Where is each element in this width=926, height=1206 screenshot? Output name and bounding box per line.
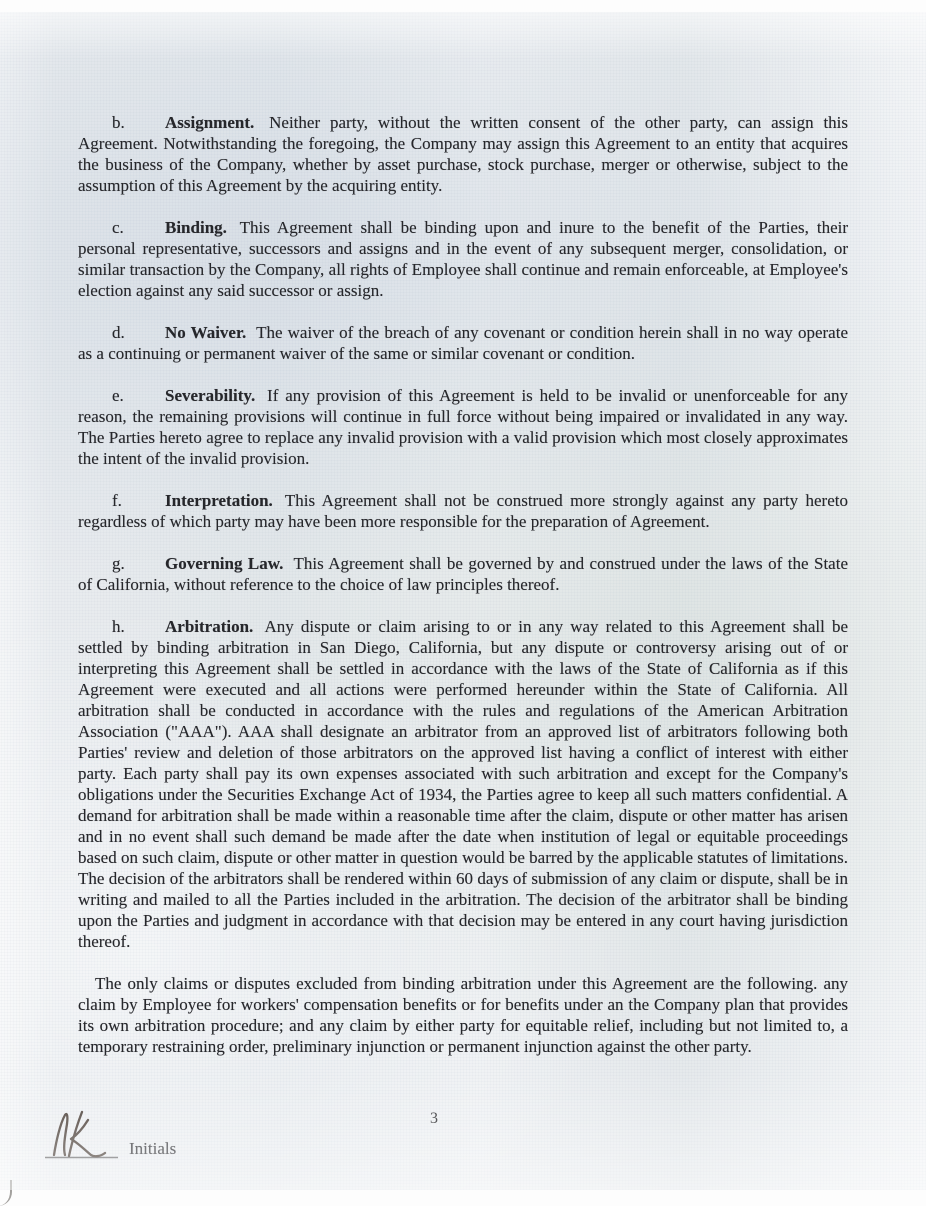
document-body: b.Assignment. Neither party, without the… bbox=[78, 112, 848, 1057]
section-title: Arbitration. bbox=[165, 617, 253, 636]
section-letter: g. bbox=[112, 553, 165, 574]
section-title: Assignment. bbox=[165, 113, 254, 132]
page-number: 3 bbox=[430, 1110, 438, 1128]
section-letter: b. bbox=[112, 112, 165, 133]
section-letter: c. bbox=[112, 217, 165, 238]
paragraph-arbitration: h.Arbitration. Any dispute or claim aris… bbox=[78, 616, 848, 952]
handwritten-initials-signature bbox=[44, 1108, 124, 1162]
section-title: Binding. bbox=[165, 218, 227, 237]
closing-body: The only claims or disputes excluded fro… bbox=[78, 974, 848, 1056]
section-letter: e. bbox=[112, 385, 165, 406]
paragraph-assignment: b.Assignment. Neither party, without the… bbox=[78, 112, 848, 196]
initials-block: Initials bbox=[44, 1108, 176, 1162]
paragraph-binding: c.Binding. This Agreement shall be bindi… bbox=[78, 217, 848, 301]
section-body: Any dispute or claim arising to or in an… bbox=[78, 617, 848, 951]
section-title: No Waiver. bbox=[165, 323, 246, 342]
scanned-page: b.Assignment. Neither party, without the… bbox=[0, 12, 926, 1190]
section-letter: h. bbox=[112, 616, 165, 637]
paragraph-governing-law: g.Governing Law. This Agreement shall be… bbox=[78, 553, 848, 595]
paragraph-interpretation: f.Interpretation. This Agreement shall n… bbox=[78, 490, 848, 532]
initials-label: Initials bbox=[129, 1139, 176, 1162]
section-title: Governing Law. bbox=[165, 554, 283, 573]
initials-strokes bbox=[54, 1112, 105, 1156]
section-letter: d. bbox=[112, 322, 165, 343]
section-letter: f. bbox=[112, 490, 165, 511]
section-title: Interpretation. bbox=[165, 491, 273, 510]
paragraph-severability: e.Severability. If any provision of this… bbox=[78, 385, 848, 469]
section-title: Severability. bbox=[165, 386, 255, 405]
paragraph-no-waiver: d.No Waiver. The waiver of the breach of… bbox=[78, 322, 848, 364]
paragraph-arbitration-exclusions: The only claims or disputes excluded fro… bbox=[78, 973, 848, 1057]
scanner-artifact-mark bbox=[0, 1180, 12, 1201]
